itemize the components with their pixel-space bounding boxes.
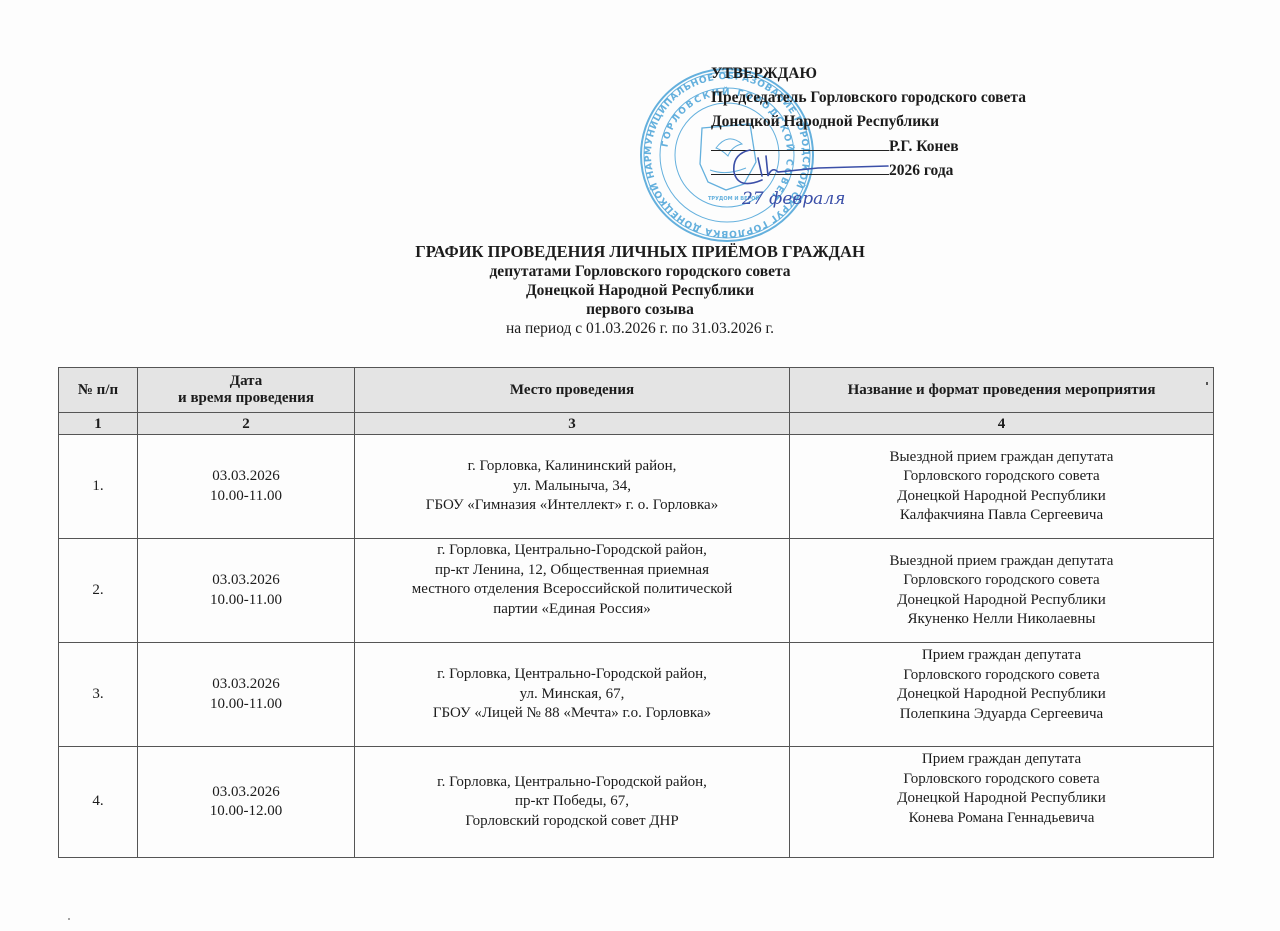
event-line: Горловского городского совета	[794, 467, 1209, 487]
place-line: ул. Минская, 67,	[359, 685, 785, 705]
header-event: Название и формат проведения мероприятия	[790, 368, 1214, 413]
table-row: 4. 03.03.2026 10.00-12.00 г. Горловка, Ц…	[59, 747, 1214, 858]
header-date-line1: Дата	[142, 373, 350, 390]
row-datetime: 03.03.2026 10.00-11.00	[138, 643, 355, 747]
event-line: Горловского городского совета	[794, 666, 1209, 686]
place-line: г. Горловка, Калининский район,	[359, 457, 785, 477]
event-line: Выездной прием граждан депутата	[794, 448, 1209, 468]
event-line: Донецкой Народной Республики	[794, 591, 1209, 611]
header-date: Дата и время проведения	[138, 368, 355, 413]
document-period: на период с 01.03.2026 г. по 31.03.2026 …	[0, 319, 1280, 339]
scan-speck	[1206, 382, 1208, 385]
column-number: 3	[355, 413, 790, 435]
approval-date-line: 2026 года	[711, 158, 1026, 182]
stamp-motto: ТРУДОМ И ВЕРОЙ	[708, 194, 760, 202]
row-place: г. Горловка, Центрально-Городской район,…	[355, 643, 790, 747]
row-time: 10.00-11.00	[142, 487, 350, 507]
row-place: г. Горловка, Калининский район, ул. Малы…	[355, 435, 790, 539]
approval-signatory: Р.Г. Конев	[889, 138, 959, 155]
event-line: Конева Романа Геннадьевича	[794, 809, 1209, 829]
approval-block: УТВЕРЖДАЮ Председатель Горловского город…	[711, 62, 1026, 182]
header-place: Место проведения	[355, 368, 790, 413]
handwritten-date: 27 февраля	[741, 189, 845, 208]
column-number: 2	[138, 413, 355, 435]
approval-position-line2: Донецкой Народной Республики	[711, 110, 1026, 134]
place-line: г. Горловка, Центрально-Городской район,	[359, 665, 785, 685]
row-event: Прием граждан депутата Горловского город…	[790, 747, 1214, 858]
row-num: 2.	[59, 539, 138, 643]
row-time: 10.00-12.00	[142, 802, 350, 822]
row-place: г. Горловка, Центрально-Городской район,…	[355, 747, 790, 858]
table-row: 2. 03.03.2026 10.00-11.00 г. Горловка, Ц…	[59, 539, 1214, 643]
document-subtitle-line4: первого созыва	[0, 300, 1280, 319]
column-number: 1	[59, 413, 138, 435]
event-line: Выездной прием граждан депутата	[794, 552, 1209, 572]
place-line: г. Горловка, Центрально-Городской район,	[359, 773, 785, 793]
event-line: Полепкина Эдуарда Сергеевича	[794, 705, 1209, 725]
row-event: Выездной прием граждан депутата Горловск…	[790, 435, 1214, 539]
row-date: 03.03.2026	[142, 467, 350, 487]
approval-position-line1: Председатель Горловского городского сове…	[711, 86, 1026, 110]
column-number-row: 1 2 3 4	[59, 413, 1214, 435]
row-date: 03.03.2026	[142, 675, 350, 695]
header-num: № п/п	[59, 368, 138, 413]
event-line: Прием граждан депутата	[794, 646, 1209, 666]
row-time: 10.00-11.00	[142, 591, 350, 611]
row-datetime: 03.03.2026 10.00-11.00	[138, 435, 355, 539]
document-subtitle-line2: депутатами Горловского городского совета	[0, 262, 1280, 281]
scan-speck	[68, 918, 70, 920]
place-line: пр-кт Победы, 67,	[359, 792, 785, 812]
place-line: пр-кт Ленина, 12, Общественная приемная	[359, 561, 785, 581]
event-line: Прием граждан депутата	[794, 750, 1209, 770]
approval-signatory-line: Р.Г. Конев	[711, 134, 1026, 158]
place-line: ул. Малыныча, 34,	[359, 477, 785, 497]
document-subtitle-line3: Донецкой Народной Республики	[0, 281, 1280, 300]
row-event: Выездной прием граждан депутата Горловск…	[790, 539, 1214, 643]
event-line: Горловского городского совета	[794, 571, 1209, 591]
approval-date-suffix: 2026 года	[889, 162, 953, 179]
event-line: Донецкой Народной Республики	[794, 685, 1209, 705]
row-place: г. Горловка, Центрально-Городской район,…	[355, 539, 790, 643]
table-row: 3. 03.03.2026 10.00-11.00 г. Горловка, Ц…	[59, 643, 1214, 747]
row-datetime: 03.03.2026 10.00-12.00	[138, 747, 355, 858]
event-line: Горловского городского совета	[794, 770, 1209, 790]
signature-line	[711, 134, 889, 151]
place-line: ГБОУ «Гимназия «Интеллект» г. о. Горловк…	[359, 496, 785, 516]
row-num: 4.	[59, 747, 138, 858]
place-line: г. Горловка, Центрально-Городской район,	[359, 541, 785, 561]
document-title-block: ГРАФИК ПРОВЕДЕНИЯ ЛИЧНЫХ ПРИЁМОВ ГРАЖДАН…	[0, 242, 1280, 339]
schedule-table: № п/п Дата и время проведения Место пров…	[58, 367, 1214, 858]
row-num: 3.	[59, 643, 138, 747]
approval-heading: УТВЕРЖДАЮ	[711, 62, 1026, 86]
row-date: 03.03.2026	[142, 783, 350, 803]
row-time: 10.00-11.00	[142, 695, 350, 715]
row-date: 03.03.2026	[142, 571, 350, 591]
event-line: Донецкой Народной Республики	[794, 487, 1209, 507]
document-title: ГРАФИК ПРОВЕДЕНИЯ ЛИЧНЫХ ПРИЁМОВ ГРАЖДАН	[0, 242, 1280, 262]
table-header-row: № п/п Дата и время проведения Место пров…	[59, 368, 1214, 413]
place-line: партии «Единая Россия»	[359, 600, 785, 620]
place-line: местного отделения Всероссийской политич…	[359, 580, 785, 600]
place-line: Горловский городской совет ДНР	[359, 812, 785, 832]
event-line: Донецкой Народной Республики	[794, 789, 1209, 809]
row-datetime: 03.03.2026 10.00-11.00	[138, 539, 355, 643]
date-line	[711, 158, 889, 175]
table-row: 1. 03.03.2026 10.00-11.00 г. Горловка, К…	[59, 435, 1214, 539]
row-event: Прием граждан депутата Горловского город…	[790, 643, 1214, 747]
header-date-line2: и время проведения	[142, 390, 350, 407]
event-line: Якуненко Нелли Николаевны	[794, 610, 1209, 630]
place-line: ГБОУ «Лицей № 88 «Мечта» г.о. Горловка»	[359, 704, 785, 724]
event-line: Калфакчияна Павла Сергеевича	[794, 506, 1209, 526]
column-number: 4	[790, 413, 1214, 435]
row-num: 1.	[59, 435, 138, 539]
